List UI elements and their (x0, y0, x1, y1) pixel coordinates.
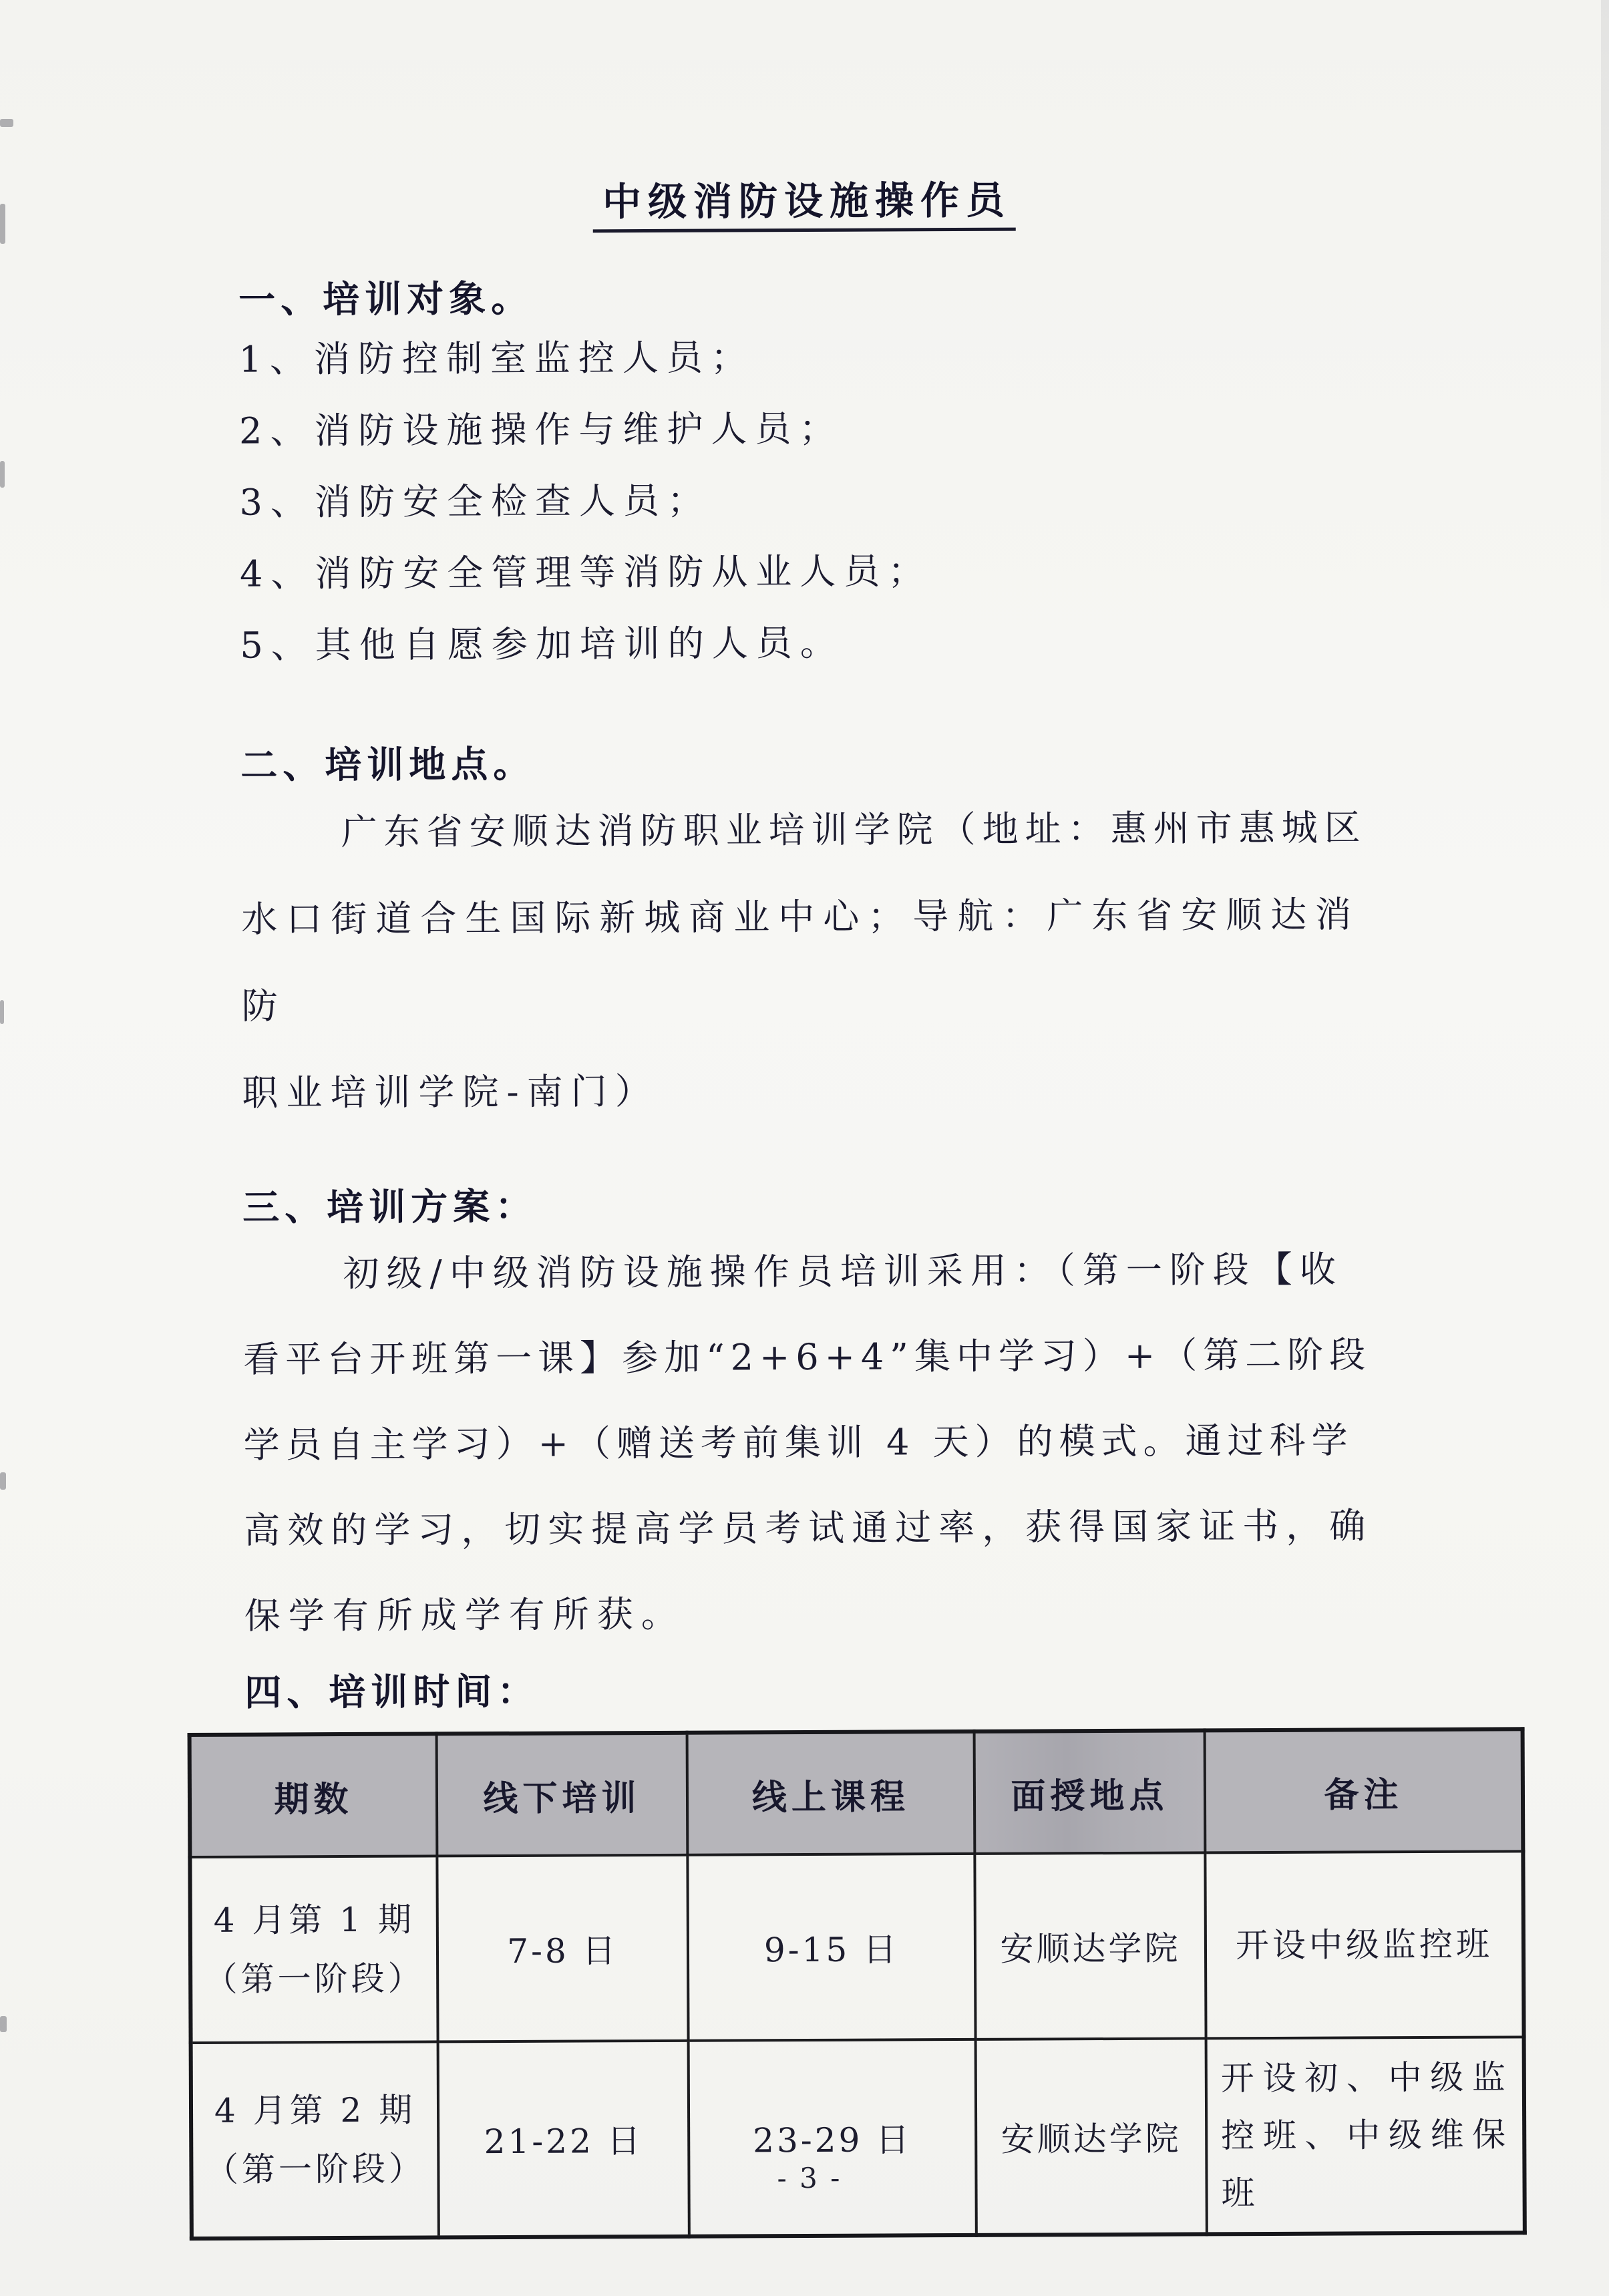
document-page: 中级消防设施操作员 一、培训对象。 1、消防控制室监控人员； 2、消防设施操作与… (0, 0, 1609, 2296)
section-heading-training-schedule: 四、培训时间： (244, 1663, 1377, 1716)
document-title-text: 中级消防设施操作员 (593, 178, 1015, 233)
training-target-item-4: 4、消防安全管理等消防从业人员； (240, 533, 1372, 609)
plan-paragraph-line-3: 学员自主学习）+（赠送考前集训 4 天）的模式。通过科学 (243, 1398, 1376, 1488)
plan-paragraph-line-4: 高效的学习，切实提高学员考试通过率，获得国家证书，确 (244, 1483, 1377, 1573)
document-content: 中级消防设施操作员 一、培训对象。 1、消防控制室监控人员； 2、消防设施操作与… (238, 176, 1379, 2240)
scan-artifact (0, 461, 5, 488)
scan-edge-streak (1601, 0, 1609, 615)
page-number: - 3 - (5, 2158, 1609, 2198)
plan-paragraph-line-2: 看平台开班第一课】参加“2+6+4”集中学习）+（第二阶段 (243, 1312, 1376, 1402)
venue-cell: 安顺达学院 (974, 1852, 1206, 2039)
location-paragraph-line-3: 职业培训学院-南门） (242, 1045, 1375, 1136)
plan-paragraph-line-1: 初级/中级消防设施操作员培训采用：（第一阶段【收 (242, 1226, 1375, 1317)
training-target-item-2: 2、消防设施操作与维护人员； (239, 390, 1371, 466)
online-cell: 23-29 日 (689, 2039, 976, 2237)
remark-cell: 开设初、中级监控班、中级维保班 (1206, 2037, 1525, 2234)
column-header-period: 期数 (190, 1734, 437, 1857)
column-header-remarks: 备注 (1205, 1729, 1524, 1852)
offline-cell: 21-22 日 (438, 2041, 689, 2238)
column-header-online: 线上课程 (687, 1732, 975, 1855)
training-target-item-5: 5、其他自愿参加培训的人员。 (240, 605, 1372, 681)
venue-cell: 安顺达学院 (976, 2038, 1207, 2235)
scan-artifact (0, 204, 5, 244)
offline-cell: 7-8 日 (437, 1855, 688, 2042)
training-target-item-1: 1、消防控制室监控人员； (238, 319, 1371, 395)
scan-artifact (0, 119, 13, 127)
period-cell: 4 月第 2 期 （第一阶段） (191, 2041, 439, 2239)
location-paragraph-line-2: 水口街道合生国际新城商业中心；导航：广东省安顺达消防 (241, 871, 1374, 1049)
section-heading-training-targets: 一、培训对象。 (238, 271, 1371, 323)
table-row: 4 月第 1 期 （第一阶段） 7-8 日 9-15 日 安顺达学院 开设中级监… (190, 1851, 1524, 2043)
section-heading-training-location: 二、培训地点。 (240, 736, 1373, 789)
scanned-sheet: 中级消防设施操作员 一、培训对象。 1、消防控制室监控人员； 2、消防设施操作与… (0, 0, 1609, 2296)
scan-artifact (0, 2016, 7, 2032)
plan-paragraph-line-5: 保学有所成学有所获。 (244, 1569, 1377, 1659)
table-row: 4 月第 2 期 （第一阶段） 21-22 日 23-29 日 安顺达学院 开设… (191, 2037, 1525, 2239)
training-target-item-3: 3、消防安全检查人员； (239, 462, 1371, 538)
column-header-offline: 线下培训 (437, 1733, 688, 1856)
period-cell: 4 月第 1 期 （第一阶段） (190, 1856, 437, 2043)
location-paragraph-line-1: 广东省安顺达消防职业培训学院（地址：惠州市惠城区 (240, 784, 1373, 876)
section-heading-training-plan: 三、培训方案： (242, 1178, 1375, 1231)
scan-artifact (0, 1000, 4, 1024)
document-title: 中级消防设施操作员 (238, 176, 1370, 234)
remark-cell: 开设中级监控班 (1205, 1851, 1524, 2038)
table-header-row: 期数 线下培训 线上课程 面授地点 备注 (190, 1729, 1524, 1857)
scan-artifact (0, 1472, 6, 1490)
column-header-venue: 面授地点 (974, 1730, 1206, 1854)
online-cell: 9-15 日 (687, 1854, 975, 2041)
